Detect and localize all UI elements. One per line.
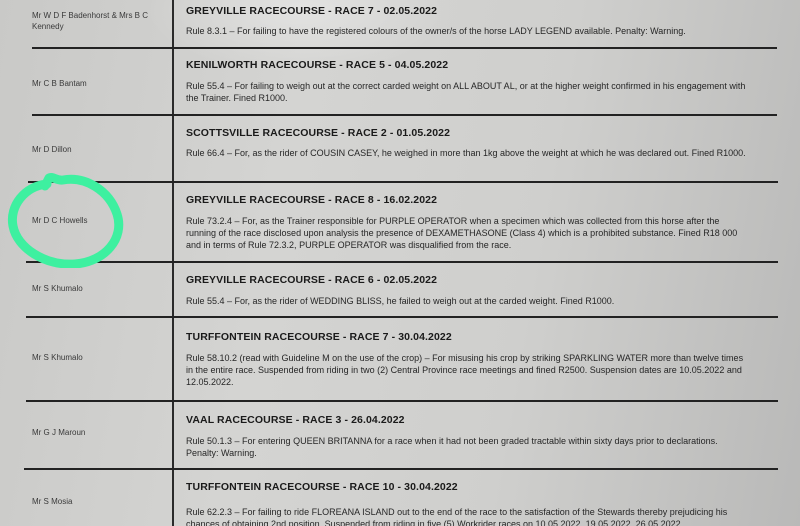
row-divider: [26, 316, 778, 318]
ruling-description: Rule 62.2.3 – For failing to ride FLOREA…: [186, 506, 751, 526]
race-title: TURFFONTEIN RACECOURSE - RACE 7 - 30.04.…: [186, 331, 452, 343]
row-divider: [24, 468, 778, 470]
person-name: Mr S Khumalo: [32, 283, 167, 294]
column-divider: [172, 0, 174, 526]
person-name: Mr W D F Badenhorst & Mrs B C Kennedy: [32, 10, 167, 32]
person-name: Mr C B Bantam: [32, 78, 167, 89]
person-name: Mr D Dillon: [32, 144, 167, 155]
row-divider: [32, 114, 777, 116]
ruling-description: Rule 58.10.2 (read with Guideline M on t…: [186, 352, 751, 388]
row-divider: [26, 400, 778, 402]
race-title: SCOTTSVILLE RACECOURSE - RACE 2 - 01.05.…: [186, 127, 450, 139]
ruling-description: Rule 66.4 – For, as the rider of COUSIN …: [186, 147, 751, 159]
race-title: GREYVILLE RACECOURSE - RACE 6 - 02.05.20…: [186, 274, 437, 286]
person-name: Mr D C Howells: [32, 215, 167, 226]
person-name: Mr G J Maroun: [32, 427, 167, 438]
person-name: Mr S Mosia: [32, 496, 167, 507]
race-title: VAAL RACECOURSE - RACE 3 - 26.04.2022: [186, 414, 405, 426]
ruling-description: Rule 55.4 – For failing to weigh out at …: [186, 80, 751, 104]
row-divider: [26, 261, 778, 263]
race-title: GREYVILLE RACECOURSE - RACE 8 - 16.02.20…: [186, 194, 437, 206]
ruling-description: Rule 50.1.3 – For entering QUEEN BRITANN…: [186, 435, 751, 459]
ruling-description: Rule 55.4 – For, as the rider of WEDDING…: [186, 295, 751, 307]
ruling-description: Rule 8.3.1 – For failing to have the reg…: [186, 25, 751, 37]
race-title: TURFFONTEIN RACECOURSE - RACE 10 - 30.04…: [186, 481, 458, 493]
race-title: KENILWORTH RACECOURSE - RACE 5 - 04.05.2…: [186, 59, 448, 71]
row-divider: [32, 47, 777, 49]
race-title: GREYVILLE RACECOURSE - RACE 7 - 02.05.20…: [186, 5, 437, 17]
person-name: Mr S Khumalo: [32, 352, 167, 363]
row-divider: [28, 181, 778, 183]
ruling-description: Rule 73.2.4 – For, as the Trainer respon…: [186, 215, 751, 251]
